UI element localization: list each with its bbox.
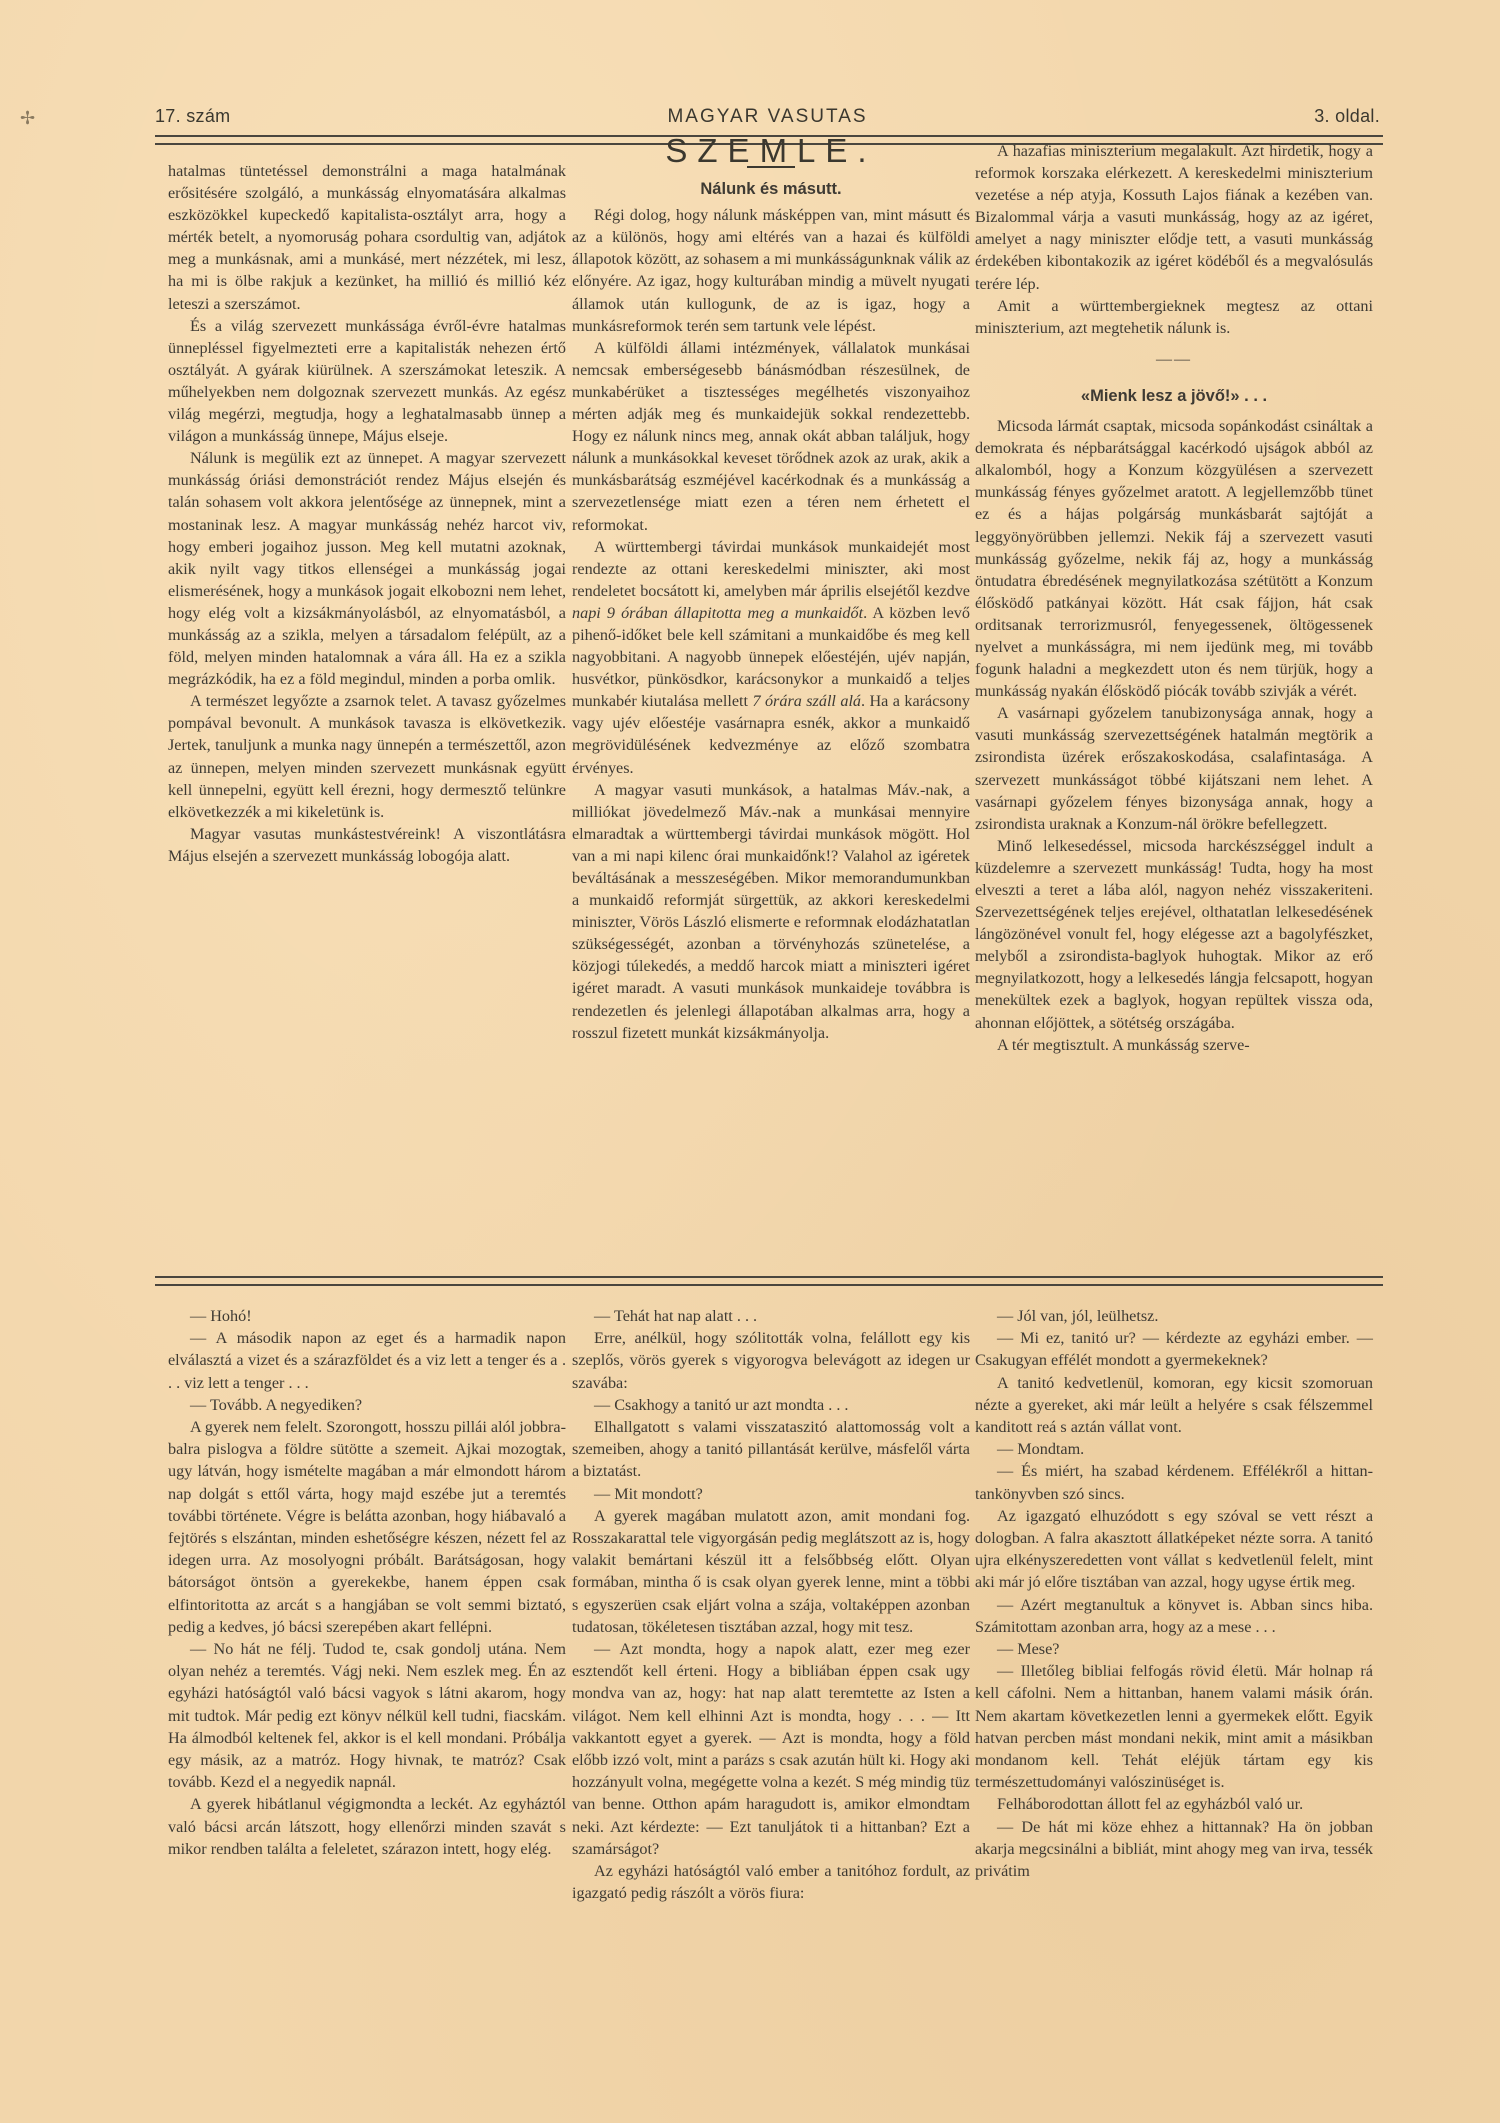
paragraph: Az igazgató elhuzódott s egy szóval se v… xyxy=(975,1505,1373,1594)
paragraph: Nálunk is megülik ezt az ünnepet. A magy… xyxy=(168,447,566,690)
paragraph: — Mi ez, tanitó ur? — kérdezte az egyház… xyxy=(975,1327,1373,1371)
paragraph: A tér megtisztult. A munkásság szerve- xyxy=(975,1034,1373,1056)
paragraph: — De hát mi köze ehhez a hittannak? Ha ö… xyxy=(975,1816,1373,1883)
article-subtitle: Nálunk és másutt. xyxy=(572,178,970,200)
paragraph: A gyerek nem felelt. Szorongott, hosszu … xyxy=(168,1416,566,1638)
paragraph: — Mit mondott? xyxy=(572,1483,970,1505)
paragraph: — Mondtam. xyxy=(975,1438,1373,1460)
paragraph: Elhallgatott s valami visszataszitó alat… xyxy=(572,1416,970,1483)
paragraph: Felháborodottan állott fel az egyházból … xyxy=(975,1793,1373,1815)
paragraph: A hazafias miniszterium megalakult. Azt … xyxy=(975,140,1373,295)
paragraph: — Azért megtanultuk a könyvet is. Abban … xyxy=(975,1594,1373,1638)
paragraph: A külföldi állami intézmények, vállalato… xyxy=(572,337,970,536)
paragraph: hatalmas tüntetéssel demonstrálni a maga… xyxy=(168,160,566,315)
paragraph: Az egyházi hatóságtól való ember a tanit… xyxy=(572,1860,970,1904)
emphasis: 7 órára száll alá xyxy=(752,692,861,710)
paragraph: — A második napon az eget és a harmadik … xyxy=(168,1327,566,1394)
paragraph: A tanitó kedvetlenül, komoran, egy kicsi… xyxy=(975,1372,1373,1439)
article-szemle: SZEMLE. Nálunk és másutt. Régi dolog, ho… xyxy=(572,140,970,1044)
separator: —— xyxy=(975,349,1373,371)
paragraph: — Illetőleg bibliai felfogás rövid életü… xyxy=(975,1660,1373,1793)
paragraph: A württembergi távirdai munkások munkaid… xyxy=(572,536,970,779)
paragraph: — Azt mondta, hogy a napok alatt, ezer m… xyxy=(572,1638,970,1860)
paragraph: A gyerek magában mulatott azon, amit mon… xyxy=(572,1505,970,1638)
paragraph: A magyar vasuti munkások, a hatalmas Máv… xyxy=(572,779,970,1044)
paragraph: — No hát ne félj. Tudod te, csak gondolj… xyxy=(168,1638,566,1793)
paragraph: Erre, anélkül, hogy szólitották volna, f… xyxy=(572,1327,970,1394)
paragraph: Amit a württembergieknek megtesz az otta… xyxy=(975,295,1373,339)
article-column-three: A hazafias miniszterium megalakult. Azt … xyxy=(975,140,1373,1056)
feuilleton-column-3: — Jól van, jól, leülhetsz. — Mi ez, tani… xyxy=(975,1305,1373,1882)
page-number: 3. oldal. xyxy=(1314,106,1380,127)
feuilleton-column-1: — Hohó! — A második napon az eget és a h… xyxy=(168,1305,566,1860)
paragraph: A vasárnapi győzelem tanubizonysága anna… xyxy=(975,702,1373,835)
paragraph: — Hohó! xyxy=(168,1305,566,1327)
feuilleton-rule xyxy=(155,1276,1383,1286)
paragraph: Magyar vasutas munkástestvéreink! A visz… xyxy=(168,823,566,867)
paragraph: — És miért, ha szabad kérdenem. Effélékr… xyxy=(975,1460,1373,1504)
paragraph: Régi dolog, hogy nálunk másképpen van, m… xyxy=(572,204,970,337)
emphasis: napi 9 órában állapitotta meg a munkaidő… xyxy=(572,604,863,622)
page-header: 17. szám MAGYAR VASUTAS 3. oldal. xyxy=(155,106,1380,134)
section-title: SZEMLE. xyxy=(572,140,970,162)
paragraph: És a világ szervezett munkássága évről-é… xyxy=(168,315,566,448)
article-may-day-continued: hatalmas tüntetéssel demonstrálni a maga… xyxy=(168,160,566,867)
paragraph: A természet legyőzte a zsarnok telet. A … xyxy=(168,690,566,823)
feuilleton-column-2: — Tehát hat nap alatt . . . Erre, anélkü… xyxy=(572,1305,970,1904)
paragraph: Minő lelkesedéssel, micsoda harckészségg… xyxy=(975,835,1373,1034)
newspaper-title: MAGYAR VASUTAS xyxy=(155,106,1380,128)
paragraph: Micsoda lármát csaptak, micsoda sopánkod… xyxy=(975,415,1373,702)
paragraph: — Tovább. A negyediken? xyxy=(168,1394,566,1416)
margin-mark: ✢ xyxy=(20,108,35,129)
article-subtitle: «Mienk lesz a jövő!» . . . xyxy=(975,385,1373,407)
paragraph: A gyerek hibátlanul végigmondta a leckét… xyxy=(168,1793,566,1860)
paragraph: — Csakhogy a tanitó ur azt mondta . . . xyxy=(572,1394,970,1416)
paragraph: — Mese? xyxy=(975,1638,1373,1660)
paragraph: — Jól van, jól, leülhetsz. xyxy=(975,1305,1373,1327)
paragraph: — Tehát hat nap alatt . . . xyxy=(572,1305,970,1327)
